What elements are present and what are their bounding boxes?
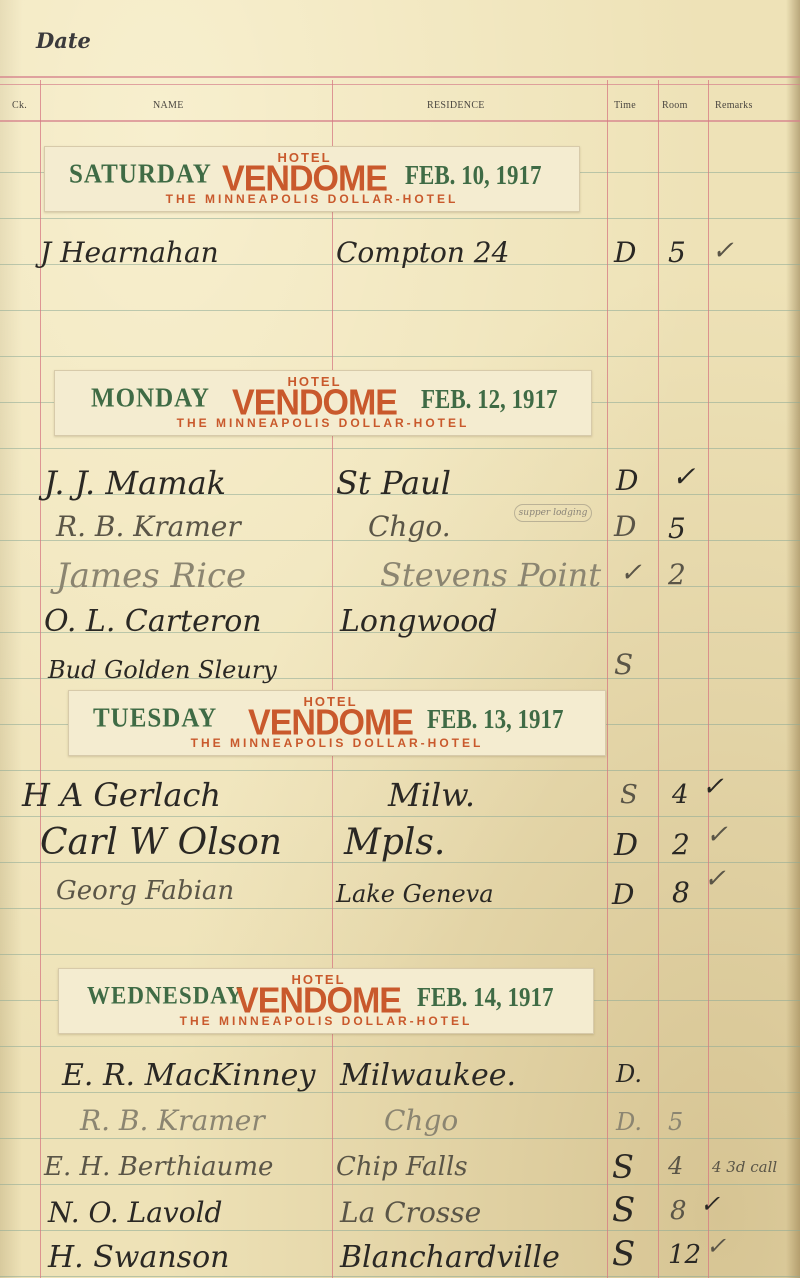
column-header-room: Room	[662, 100, 688, 111]
banner-tagline: THE MINNEAPOLIS DOLLAR-HOTEL	[45, 192, 579, 206]
column-divider-room	[658, 80, 659, 1278]
rule-line	[0, 1230, 800, 1231]
banner-date: FEB. 13, 1917	[427, 704, 563, 735]
hotel-logo-name: VENDOME	[227, 387, 402, 419]
banner-day: WEDNESDAY	[87, 982, 243, 1011]
entry-room: 2	[672, 828, 690, 861]
entry-residence: Milw.	[388, 776, 475, 814]
column-header-residence: RESIDENCE	[427, 100, 485, 111]
entry-time: S	[614, 648, 633, 681]
entry-residence: Longwood	[340, 604, 498, 639]
entry-time: S	[612, 1148, 634, 1186]
rule-line	[0, 448, 800, 449]
entry-residence: Chgo	[384, 1104, 458, 1137]
entry-remarks: ✓	[706, 820, 728, 850]
entry-name: James Rice	[56, 556, 246, 596]
entry-time: D	[614, 236, 636, 269]
hotel-logo: HOTEL VENDOME	[217, 151, 392, 194]
entry-time: D	[614, 510, 636, 543]
banner-date: FEB. 12, 1917	[421, 384, 557, 415]
hotel-register-page: Date Ck. NAME RESIDENCE Time Room Remark…	[0, 0, 800, 1278]
entry-name: J. J. Mamak	[44, 464, 226, 502]
column-header-name: NAME	[153, 100, 184, 111]
entry-time: S	[620, 780, 638, 810]
entry-residence: La Crosse	[340, 1196, 481, 1229]
banner-tagline: THE MINNEAPOLIS DOLLAR-HOTEL	[59, 1014, 593, 1028]
header-rule-top	[0, 76, 800, 78]
entry-remarks: ✓	[672, 460, 695, 493]
entry-residence: Compton 24	[336, 236, 509, 269]
entry-time: D.	[616, 1108, 642, 1136]
entry-time: D	[614, 828, 638, 863]
entry-name: R. B. Kramer	[56, 510, 241, 543]
day-banner-saturday: SATURDAY HOTEL VENDOME FEB. 10, 1917 THE…	[44, 146, 580, 212]
entry-time: D.	[616, 1060, 642, 1088]
entry-note: supper lodging	[514, 504, 592, 522]
rule-line	[0, 1138, 800, 1139]
entry-name: Georg Fabian	[56, 876, 234, 906]
column-header-time: Time	[614, 100, 636, 111]
entry-residence: Blanchardville	[340, 1240, 560, 1275]
day-banner-monday: MONDAY HOTEL VENDOME FEB. 12, 1917 THE M…	[54, 370, 592, 436]
header-rule-second	[0, 84, 800, 85]
entry-room: 4	[672, 780, 689, 810]
entry-name: H A Gerlach	[22, 776, 221, 814]
entry-name: H. Swanson	[48, 1240, 229, 1275]
rule-line	[0, 310, 800, 311]
entry-residence: Chgo.	[368, 510, 451, 543]
hotel-logo: HOTEL VENDOME	[243, 695, 418, 738]
column-header-ck: Ck.	[12, 100, 27, 111]
entry-remarks: ✓	[704, 864, 726, 894]
entry-name: R. B. Kramer	[80, 1104, 265, 1137]
rule-line	[0, 770, 800, 771]
entry-room: 8	[670, 1196, 687, 1226]
banner-tagline: THE MINNEAPOLIS DOLLAR-HOTEL	[69, 736, 605, 750]
banner-date: FEB. 10, 1917	[405, 160, 541, 191]
column-divider-residence	[332, 80, 333, 1278]
rule-line	[0, 356, 800, 357]
banner-tagline: THE MINNEAPOLIS DOLLAR-HOTEL	[55, 416, 591, 430]
day-banner-tuesday: TUESDAY HOTEL VENDOME FEB. 13, 1917 THE …	[68, 690, 606, 756]
entry-name: Bud Golden Sleury	[48, 656, 277, 684]
entry-residence: Lake Geneva	[336, 880, 494, 908]
entry-residence: Mpls.	[344, 822, 445, 863]
entry-remarks: ✓	[702, 772, 724, 802]
entry-residence: Milwaukee.	[340, 1058, 516, 1093]
entry-name: N. O. Lavold	[48, 1196, 222, 1229]
rule-line	[0, 954, 800, 955]
column-divider-time	[607, 80, 608, 1278]
column-divider-remarks	[708, 80, 709, 1278]
banner-day: SATURDAY	[69, 160, 212, 191]
entry-time: S	[612, 1190, 635, 1230]
entry-name: E. R. MacKinney	[62, 1058, 315, 1093]
hotel-logo-name: VENDOME	[231, 985, 406, 1017]
entry-room: 12	[668, 1240, 701, 1270]
date-label: Date	[36, 28, 91, 53]
entry-time: ✓	[620, 558, 642, 588]
header-rule-bottom	[0, 120, 800, 122]
rule-line	[0, 1046, 800, 1047]
entry-room: 5	[668, 1108, 683, 1136]
entry-residence: St Paul	[336, 464, 451, 502]
rule-line	[0, 1276, 800, 1277]
entry-name: Carl W Olson	[40, 822, 282, 863]
entry-name: O. L. Carteron	[44, 604, 262, 639]
entry-room: 2	[668, 558, 686, 591]
entry-time: D	[616, 464, 638, 497]
rule-line	[0, 816, 800, 817]
entry-room: 8	[672, 876, 690, 909]
day-banner-wednesday: WEDNESDAY HOTEL VENDOME FEB. 14, 1917 TH…	[58, 968, 594, 1034]
entry-remarks: ✓	[700, 1190, 720, 1218]
entry-room: 5	[668, 236, 686, 269]
column-header-remarks: Remarks	[715, 100, 753, 111]
hotel-logo-name: VENDOME	[243, 707, 418, 739]
hotel-logo: HOTEL VENDOME	[231, 973, 406, 1016]
entry-residence: Stevens Point	[380, 556, 601, 594]
entry-remarks: ✓	[712, 236, 734, 266]
banner-date: FEB. 14, 1917	[417, 982, 553, 1013]
entry-residence: Chip Falls	[336, 1152, 468, 1182]
rule-line	[0, 1184, 800, 1185]
entry-remarks: ✓	[706, 1232, 726, 1260]
hotel-logo-name: VENDOME	[217, 163, 392, 195]
entry-name: E. H. Berthiaume	[44, 1152, 273, 1182]
entry-name: J Hearnahan	[40, 236, 219, 269]
entry-time: D	[612, 878, 634, 911]
banner-day: MONDAY	[91, 384, 210, 415]
entry-room: 5	[668, 512, 686, 545]
entry-time: S	[612, 1234, 635, 1274]
entry-remarks: 4 3d call	[712, 1158, 777, 1176]
banner-day: TUESDAY	[93, 704, 217, 735]
entry-room: 4	[668, 1152, 683, 1180]
hotel-logo: HOTEL VENDOME	[227, 375, 402, 418]
rule-line	[0, 218, 800, 219]
